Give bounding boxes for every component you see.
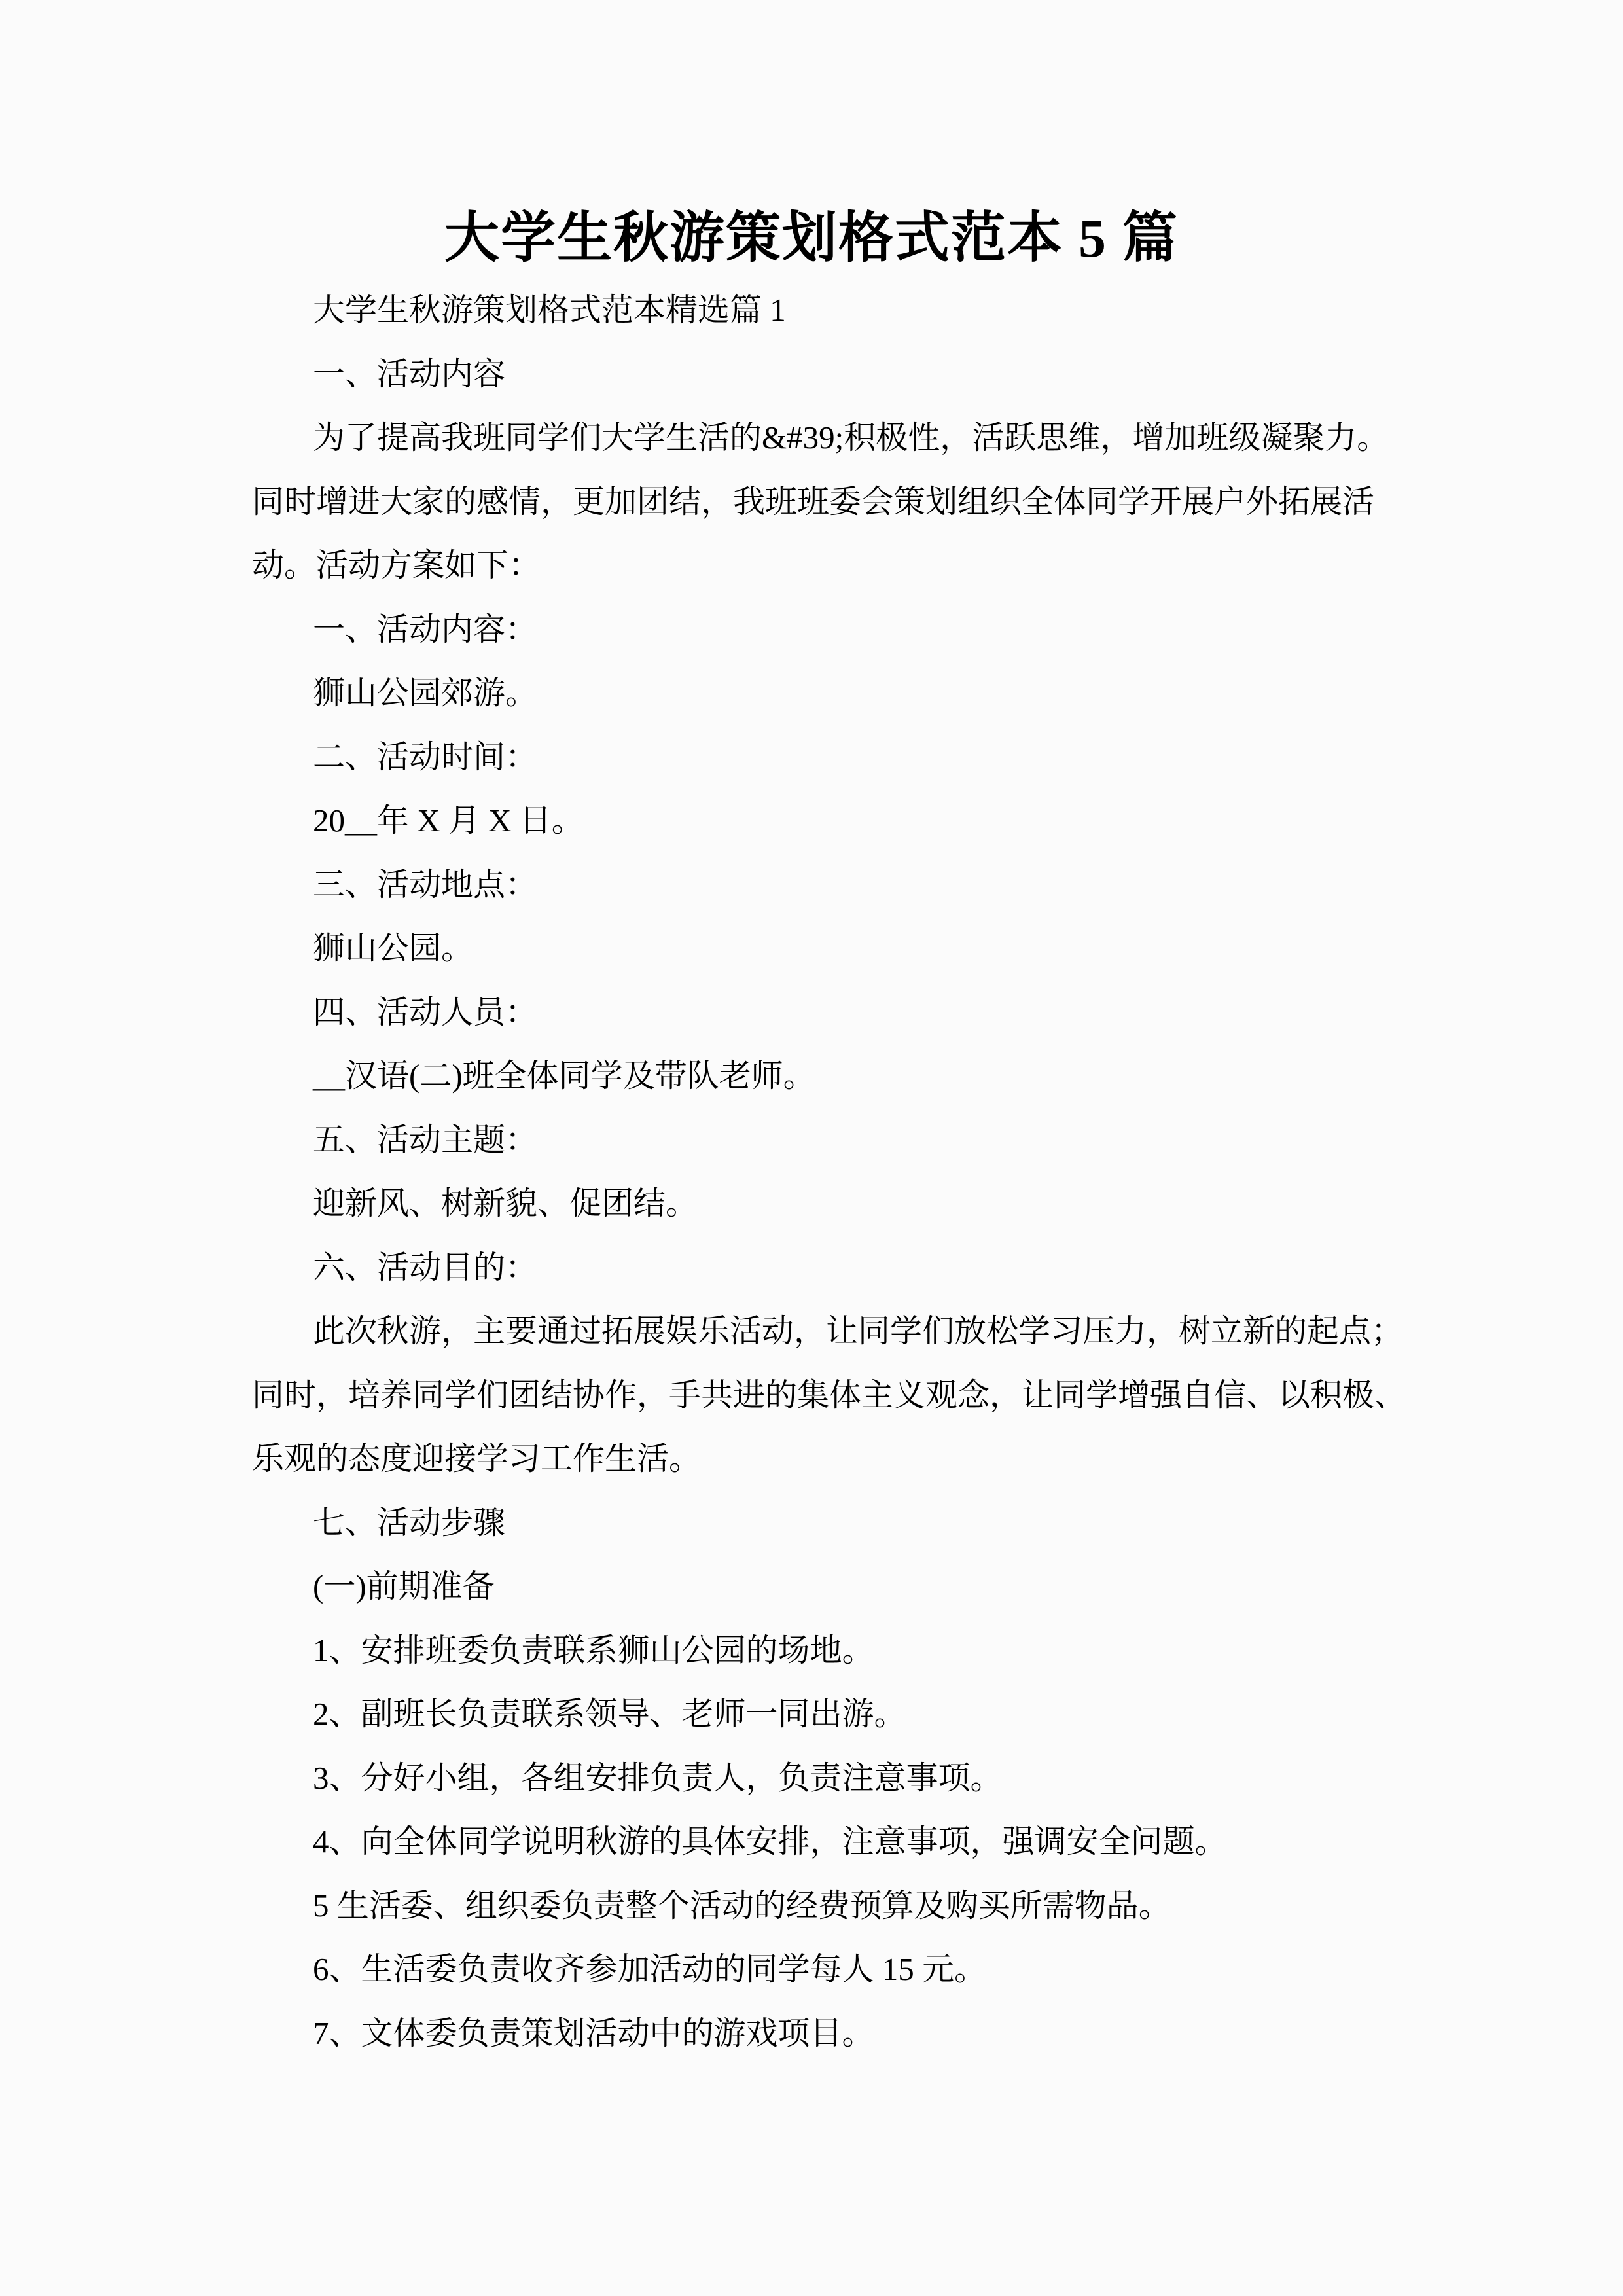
text-line: 迎新风、树新貌、促团结。 — [252, 1172, 1404, 1236]
text-line: 六、活动目的： — [252, 1236, 1404, 1300]
text-line: 三、活动地点： — [252, 853, 1404, 917]
document-page: 大学生秋游策划格式范本 5 篇 大学生秋游策划格式范本精选篇 1一、活动内容为了… — [0, 0, 1623, 2296]
text-line: 1、安排班委负责联系狮山公园的场地。 — [252, 1619, 1404, 1683]
text-line: 五、活动主题： — [252, 1108, 1404, 1172]
text-line: 乐观的态度迎接学习工作生活。 — [252, 1427, 1404, 1491]
document-title: 大学生秋游策划格式范本 5 篇 — [0, 200, 1623, 278]
document-body: 大学生秋游策划格式范本精选篇 1一、活动内容为了提高我班同学们大学生活的&#39… — [252, 278, 1404, 2065]
text-line: 狮山公园。 — [252, 916, 1404, 980]
text-line: 同时增进大家的感情，更加团结，我班班委会策划组织全体同学开展户外拓展活 — [252, 470, 1404, 534]
text-line: 大学生秋游策划格式范本精选篇 1 — [252, 278, 1404, 342]
text-line: 七、活动步骤 — [252, 1491, 1404, 1555]
text-line: 动。活动方案如下： — [252, 533, 1404, 598]
text-line: 3、分好小组，各组安排负责人，负责注意事项。 — [252, 1746, 1404, 1810]
text-line: 2、副班长负责联系领导、老师一同出游。 — [252, 1682, 1404, 1746]
text-line: 一、活动内容： — [252, 598, 1404, 662]
text-line: 4、向全体同学说明秋游的具体安排，注意事项，强调安全问题。 — [252, 1810, 1404, 1874]
text-line: 5 生活委、组织委负责整个活动的经费预算及购买所需物品。 — [252, 1874, 1404, 1938]
text-line: 6、生活委负责收齐参加活动的同学每人 15 元。 — [252, 1937, 1404, 2001]
text-line: 20__年 X 月 X 日。 — [252, 789, 1404, 853]
text-line: 四、活动人员： — [252, 980, 1404, 1045]
text-line: 一、活动内容 — [252, 342, 1404, 406]
text-line: 为了提高我班同学们大学生活的&#39;积极性，活跃思维，增加班级凝聚力。 — [252, 406, 1404, 470]
text-line: 此次秋游，主要通过拓展娱乐活动，让同学们放松学习压力，树立新的起点； — [252, 1299, 1404, 1363]
text-line: 7、文体委负责策划活动中的游戏项目。 — [252, 2001, 1404, 2066]
text-line: (一)前期准备 — [252, 1554, 1404, 1619]
text-line: __汉语(二)班全体同学及带队老师。 — [252, 1044, 1404, 1108]
text-line: 狮山公园郊游。 — [252, 661, 1404, 725]
text-line: 二、活动时间： — [252, 725, 1404, 789]
text-line: 同时，培养同学们团结协作，手共进的集体主义观念，让同学增强自信、以积极、 — [252, 1363, 1404, 1427]
